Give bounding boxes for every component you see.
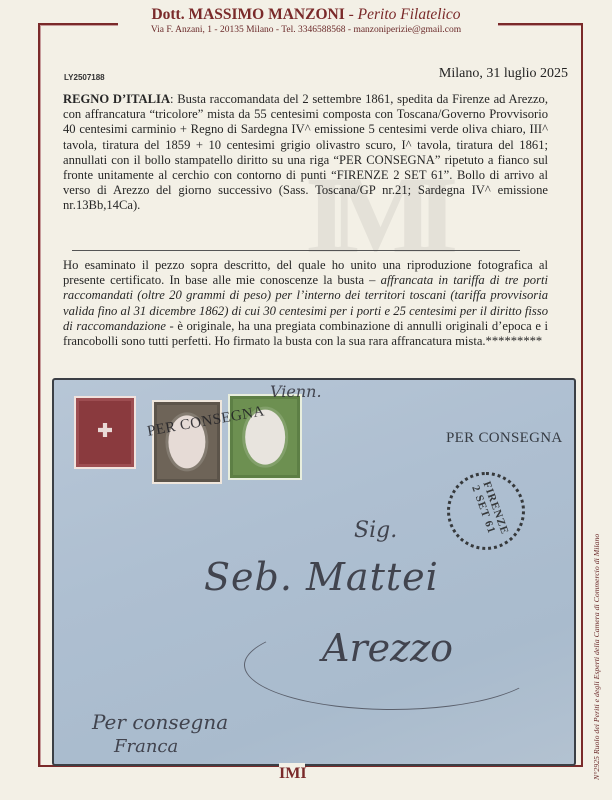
place-date: Milano, 31 luglio 2025 <box>439 66 568 82</box>
stamp-toscana-40c <box>76 398 134 467</box>
handwriting-note-2: Franca <box>114 736 178 757</box>
expert-address: Via F. Anzani, 1 - 20135 Milano - Tel. 3… <box>0 24 612 36</box>
expert-name-line: Dott. MASSIMO MANZONI - Perito Filatelic… <box>0 6 612 24</box>
cancel-per-consegna: PER CONSEGNA <box>446 430 563 447</box>
opinion-paragraph: Ho esaminato il pezzo sopra descritto, d… <box>63 258 548 349</box>
description-paragraph: REGNO D’ITALIA: Busta raccomandata del 2… <box>63 92 548 214</box>
handwriting-salutation: Sig. <box>354 518 397 543</box>
savoy-cross-icon <box>98 423 112 437</box>
letterhead: Dott. MASSIMO MANZONI - Perito Filatelic… <box>0 6 612 36</box>
handwriting-note-1: Per consegna <box>92 710 228 734</box>
postmark-text: FIRENZE 2 SET 61 <box>469 480 513 546</box>
expert-role: - Perito Filatelico <box>345 6 461 23</box>
section-divider <box>72 250 520 251</box>
description-body: : Busta raccomandata del 2 settembre 186… <box>63 92 548 212</box>
monogram-logo: IMI <box>279 763 305 785</box>
envelope-photo: PER CONSEGNA PER CONSEGNA FIRENZE 2 SET … <box>52 378 576 766</box>
handwriting-city: Arezzo <box>322 626 453 670</box>
firenze-postmark: FIRENZE 2 SET 61 <box>447 472 525 550</box>
handwriting-addressee: Seb. Mattei <box>204 555 439 599</box>
certificate-id: LY2507188 <box>64 73 105 82</box>
description-title: REGNO D’ITALIA <box>63 92 170 106</box>
handwriting-top: Vienn. <box>270 382 322 401</box>
expert-name: Dott. MASSIMO MANZONI <box>151 6 344 23</box>
registry-note: N°2925 Ruolo dei Periti e degli Esperti … <box>592 534 601 780</box>
